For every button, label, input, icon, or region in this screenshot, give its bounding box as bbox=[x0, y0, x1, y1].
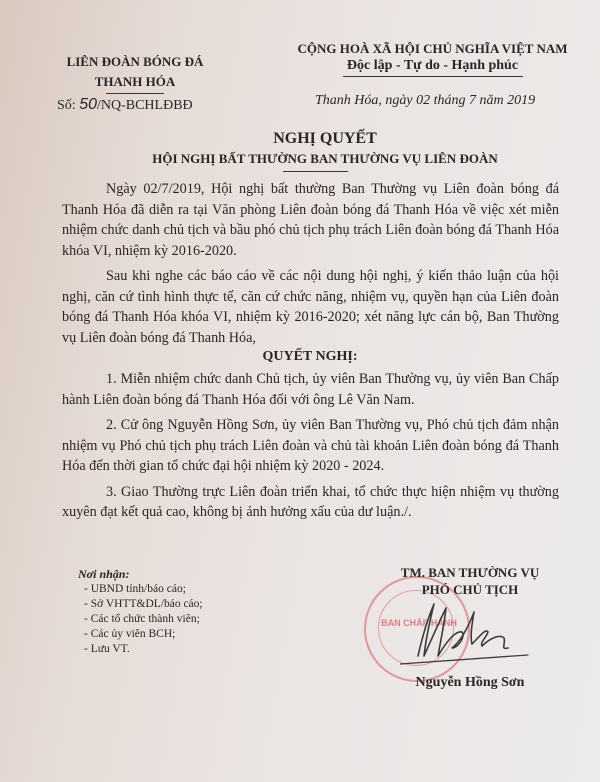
subtitle-underline bbox=[283, 171, 348, 172]
decision-heading: QUYẾT NGHỊ: bbox=[0, 349, 600, 365]
organization-underline bbox=[106, 93, 164, 94]
recipient-item: - Lưu VT. bbox=[84, 642, 203, 657]
nation-name: CỘNG HOÀ XÃ HỘI CHỦ NGHĨA VIỆT NAM bbox=[265, 40, 600, 57]
recipient-item: - Sở VHTT&DL/báo cáo; bbox=[84, 597, 203, 612]
issuing-organization: LIÊN ĐOÀN BÓNG ĐÁ THANH HÓA bbox=[40, 52, 230, 94]
resolution-document: LIÊN ĐOÀN BÓNG ĐÁ THANH HÓA Số: 50/NQ-BC… bbox=[0, 0, 600, 782]
motto-underline bbox=[343, 76, 523, 77]
number-suffix: /NQ-BCHLĐBĐ bbox=[97, 98, 193, 113]
national-motto: Độc lập - Tự do - Hạnh phúc bbox=[265, 57, 600, 74]
recipient-item: - Các ủy viên BCH; bbox=[84, 627, 203, 642]
organization-line-1: LIÊN ĐOÀN BÓNG ĐÁ bbox=[40, 52, 230, 72]
number-value: 50 bbox=[79, 96, 97, 113]
number-prefix: Số: bbox=[57, 98, 79, 113]
decision-item: 1. Miễn nhiệm chức danh Chủ tịch, ủy viê… bbox=[62, 369, 559, 410]
on-behalf-label: TM. BAN THƯỜNG VỤ bbox=[380, 564, 560, 581]
handwritten-signature-icon bbox=[400, 598, 540, 668]
document-title: NGHỊ QUYẾT bbox=[0, 130, 600, 148]
organization-line-2: THANH HÓA bbox=[40, 72, 230, 92]
recipient-item: - Các tổ chức thành viên; bbox=[84, 612, 203, 627]
document-subtitle: HỘI NGHỊ BẤT THƯỜNG BAN THƯỜNG VỤ LIÊN Đ… bbox=[0, 151, 600, 167]
recipient-item: - UBND tỉnh/báo cáo; bbox=[84, 582, 203, 597]
place-date: Thanh Hóa, ngày 02 tháng 7 năm 2019 bbox=[315, 93, 535, 109]
recipients-label: Nơi nhận: bbox=[78, 567, 203, 582]
preamble: Ngày 02/7/2019, Hội nghị bất thường Ban … bbox=[62, 179, 559, 353]
decision-item: 2. Cử ông Nguyễn Hồng Sơn, ủy viên Ban T… bbox=[62, 415, 559, 477]
national-header: CỘNG HOÀ XÃ HỘI CHỦ NGHĨA VIỆT NAM Độc l… bbox=[265, 40, 600, 77]
signer-position: PHÓ CHỦ TỊCH bbox=[380, 581, 560, 598]
recipients-block: Nơi nhận: - UBND tỉnh/báo cáo; - Sở VHTT… bbox=[78, 567, 203, 657]
signer-name: Nguyễn Hồng Sơn bbox=[400, 675, 540, 691]
preamble-paragraph: Sau khi nghe các báo cáo về các nội dung… bbox=[62, 266, 559, 348]
preamble-paragraph: Ngày 02/7/2019, Hội nghị bất thường Ban … bbox=[62, 179, 559, 261]
decision-item: 3. Giao Thường trực Liên đoàn triển khai… bbox=[62, 482, 559, 523]
recipients-list: - UBND tỉnh/báo cáo; - Sở VHTT&DL/báo cá… bbox=[78, 582, 203, 657]
document-number: Số: 50/NQ-BCHLĐBĐ bbox=[57, 96, 193, 114]
decision-list: 1. Miễn nhiệm chức danh Chủ tịch, ủy viê… bbox=[62, 369, 559, 528]
signature-title-block: TM. BAN THƯỜNG VỤ PHÓ CHỦ TỊCH bbox=[380, 564, 560, 598]
